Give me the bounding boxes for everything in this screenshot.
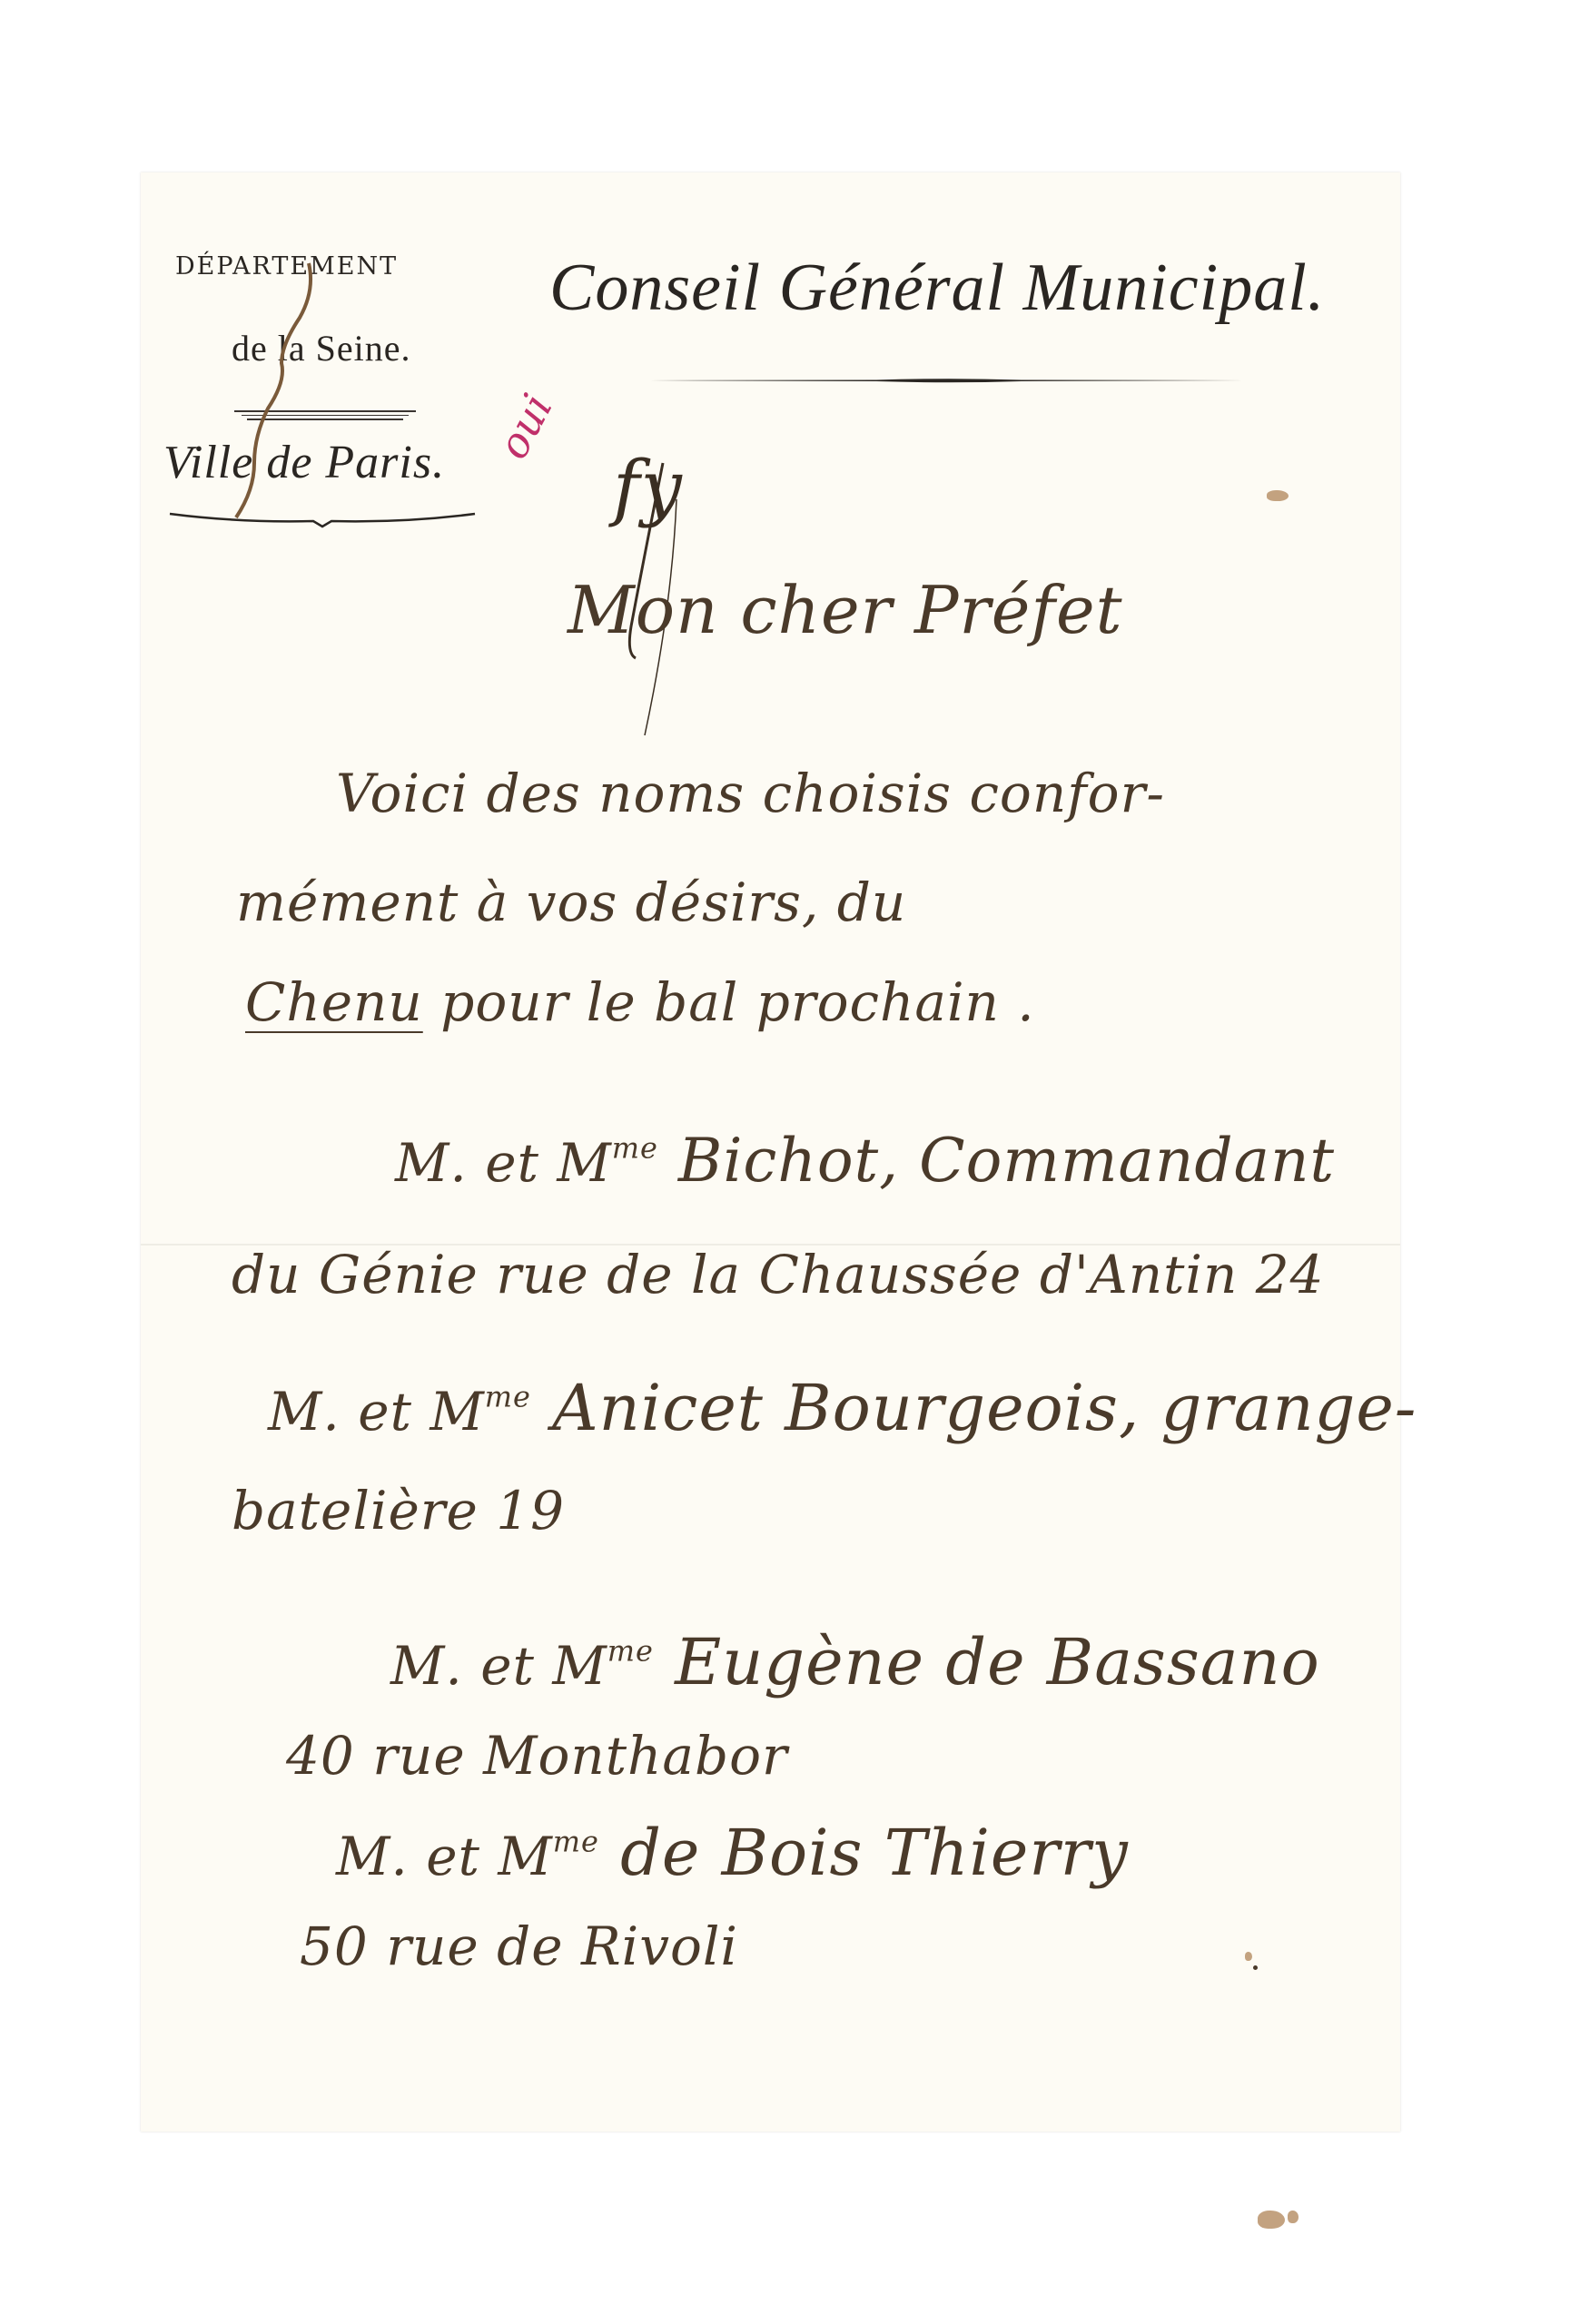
body-line-1: Voici des noms choisis confor- (336, 763, 1165, 824)
guest-address-line: batelière 19 (232, 1480, 565, 1541)
body-line-2: mément à vos désirs, du (236, 871, 906, 933)
salutation: Mon cher Préfet (568, 572, 1123, 648)
letterhead-title: Conseil Général Municipal. (549, 250, 1325, 327)
guest-address-line: 40 rue Monthabor (286, 1725, 788, 1787)
guest-address-line: du Génie rue de la Chaussée d'Antin 24 (232, 1244, 1325, 1305)
ink-annotation: fy (613, 445, 683, 529)
body-line-3-rest: pour le bal prochain . (423, 971, 1035, 1033)
underlined-word: Chenu (245, 971, 423, 1033)
guest-name-line: M. et Mme de Bois Thierry (336, 1816, 1129, 1890)
guest-name-line: M. et Mme Bichot, Commandant (395, 1126, 1335, 1196)
guest-address-line: 50 rue de Rivoli (300, 1915, 738, 1977)
ink-dot (1253, 1965, 1258, 1970)
body-line-3: Chenu pour le bal prochain . (245, 971, 1035, 1033)
ink-stain (1245, 1952, 1252, 1961)
ink-stroke-icon (195, 254, 322, 527)
letter-sheet: DÉPARTEMENT de la Seine. Ville de Paris.… (141, 172, 1400, 2132)
ink-stain (1258, 2211, 1285, 2229)
guest-name-line: M. et Mme Anicet Bourgeois, grange- (268, 1371, 1417, 1445)
guest-name-line: M. et Mme Eugène de Bassano (390, 1625, 1320, 1699)
ink-stain (1288, 2211, 1299, 2223)
pink-annotation: oui (488, 386, 562, 467)
ink-stain (1267, 490, 1289, 501)
title-rule-icon (649, 377, 1244, 384)
